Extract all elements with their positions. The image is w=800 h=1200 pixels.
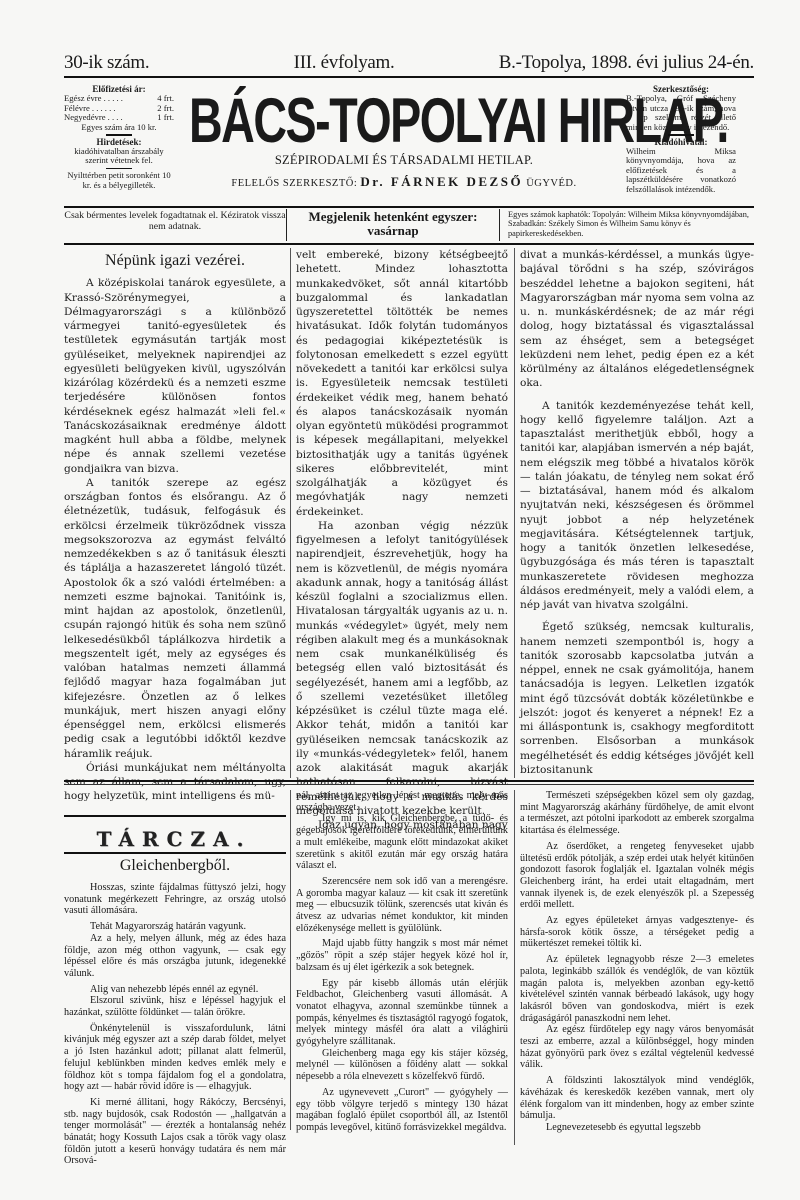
paragraph: Egy pár kisebb állomás után elérjük Feld… <box>296 978 508 1048</box>
paragraph: Az őserdőket, a rengeteg fenyveseket uja… <box>520 841 754 911</box>
paragraph: Az egyes épületeket árnyas vadgesztenye-… <box>520 915 754 950</box>
paragraph: Az ugynevevett „Curort" — gyógyhely — eg… <box>296 1087 508 1134</box>
place-date: B.-Topolya, 1898. évi julius 24-én. <box>499 52 754 74</box>
paragraph: Tehát Magyarország határán vagyunk. <box>64 921 286 933</box>
publisher-text: Wilheim Miksa könyvnyomdája, hova az elő… <box>626 147 736 194</box>
info-letters-note: Csak bérmentes levelek fogadtatnak el. K… <box>64 209 286 241</box>
editor-line: FELELŐS SZERKESZTŐ: Dr. FÁRNEK DEZSŐ ÜGY… <box>204 174 604 190</box>
masthead-top-line: 30-ik szám. III. évfolyam. B.-Topolya, 1… <box>64 50 754 74</box>
lead-article-column-3: divat a munkás-kérdéssel, a munkás ügye-… <box>520 248 754 777</box>
paragraph: Az épületek legnagyobb része 2—3 emelete… <box>520 954 754 1024</box>
paragraph: Ha azonban végig nézzük figyelmesen a le… <box>296 519 508 818</box>
lead-article-column-1: Népünk igazi vezérei. A középiskolai tan… <box>64 254 286 804</box>
column-rule <box>290 790 291 1130</box>
divider <box>668 134 694 136</box>
lead-article-title: Népünk igazi vezérei. <box>64 254 286 268</box>
masthead-rule <box>64 76 754 78</box>
paragraph: velt embereké, bizony kétségbeejtő lehet… <box>296 248 508 519</box>
single-issue-price: Egyes szám ára 10 kr. <box>64 123 174 132</box>
paragraph: A tanitók szerepe az egész országban fon… <box>64 476 286 761</box>
paragraph: Égető szükség, nemcsak kulturalis, hanem… <box>520 620 754 777</box>
editor-prefix: FELELŐS SZERKESZTŐ: <box>231 178 357 189</box>
editor-suffix: ÜGYVÉD. <box>526 178 576 189</box>
feuilleton-column-3: Természeti szépségekben közel sem oly ga… <box>520 790 754 1134</box>
paragraph: Természeti szépségekben közel sem oly ga… <box>520 790 754 837</box>
paragraph: Legnevezetesebb és egyuttal legszebb <box>520 1122 754 1134</box>
feuilleton-rule-thin <box>64 784 754 785</box>
info-sales-points: Egyes számok kaphatók: Topolyán: Wilheim… <box>500 209 754 241</box>
feuilleton-column-2: nál, amint az egyetlen lépést megtette, … <box>296 790 508 1134</box>
paragraph: Szerencsére nem sok idő van a merengésre… <box>296 876 508 935</box>
paragraph: Ki merné állitani, hogy Rákóczy, Bercsén… <box>64 1097 286 1167</box>
feuilleton-rule <box>64 780 754 782</box>
paragraph: Az egész fürdőtelep egy nagy város benyo… <box>520 1024 754 1071</box>
info-bar-bottom-rule <box>64 243 754 245</box>
paragraph: A középiskolai tanárok egyesülete, a Kra… <box>64 276 286 476</box>
info-bar-top-rule <box>64 206 754 208</box>
paragraph: Igy mi is, kik Gleichenbergbe, a tüdő- é… <box>296 813 508 872</box>
tarcza-rule <box>64 852 286 854</box>
paragraph: divat a munkás-kérdéssel, a munkás ügye-… <box>520 248 754 391</box>
subscription-box: Előfizetési ár: Egész évre . . . . .4 fr… <box>64 85 174 190</box>
lead-article-column-2: velt embereké, bizony kétségbeejtő lehet… <box>296 248 508 832</box>
paragraph: Elszorul szivünk, hisz e lépéssel hagyju… <box>64 995 286 1018</box>
paragraph: Az a hely, melyen állunk, még az édes ha… <box>64 933 286 980</box>
feuilleton-column-1: Hosszas, szinte fájdalmas füttyszó jelzi… <box>64 882 286 1167</box>
issue-number: 30-ik szám. <box>64 52 149 74</box>
volume: III. évfolyam. <box>294 52 395 74</box>
paragraph: A földszinti lakosztályok mind vendéglők… <box>520 1075 754 1122</box>
newspaper-title: BÁCS-TOPOLYAI HIRLAP. <box>189 86 485 156</box>
paragraph: Gleichenberg maga egy kis stájer község,… <box>296 1048 508 1083</box>
column-rule <box>514 790 515 1145</box>
newspaper-subtitle: SZÉPIRODALMI ÉS TÁRSADALMI HETILAP. <box>204 153 604 168</box>
editorial-text: B.-Topolya, Gróf Szécheny István utcza 6… <box>626 94 736 132</box>
editor-name: Dr. FÁRNEK DEZSŐ <box>360 174 523 189</box>
paragraph: Alig van nehezebb lépés ennél az egynél. <box>64 984 286 996</box>
paragraph: A tanitók kezdeményezése tehát kell, hog… <box>520 399 754 613</box>
info-publication-schedule: Megjelenik hetenként egyszer: vasárnap <box>286 209 500 241</box>
column-rule <box>514 248 515 778</box>
paragraph: Majd ujabb fütty hangzik s most már néme… <box>296 938 508 973</box>
paragraph: Hosszas, szinte fájdalmas füttyszó jelzi… <box>64 882 286 917</box>
ads-text: kiadóhivatalban árszabály szerint vétetn… <box>64 147 174 166</box>
paragraph: Önkénytelenül is visszafordulunk, látni … <box>64 1023 286 1093</box>
info-bar: Csak bérmentes levelek fogadtatnak el. K… <box>64 209 754 241</box>
newspaper-page: 30-ik szám. III. évfolyam. B.-Topolya, 1… <box>64 0 754 1200</box>
paragraph: Óriási munkájukat nem méltányolta sem az… <box>64 761 286 804</box>
paragraph: nál, amint az egyetlen lépést megtette, … <box>296 790 508 813</box>
feuilleton-title: Gleichenbergből. <box>64 857 286 875</box>
tarcza-rule <box>64 815 286 817</box>
divider <box>106 134 132 136</box>
divider <box>106 168 132 170</box>
editorial-box: Szerkesztőség: B.-Topolya, Gróf Szécheny… <box>626 85 736 194</box>
tarcza-heading: TÁRCZA. <box>64 827 284 851</box>
open-space-text: Nyilttérben petit soronként 10 kr. és a … <box>64 171 174 190</box>
column-rule <box>290 248 291 778</box>
